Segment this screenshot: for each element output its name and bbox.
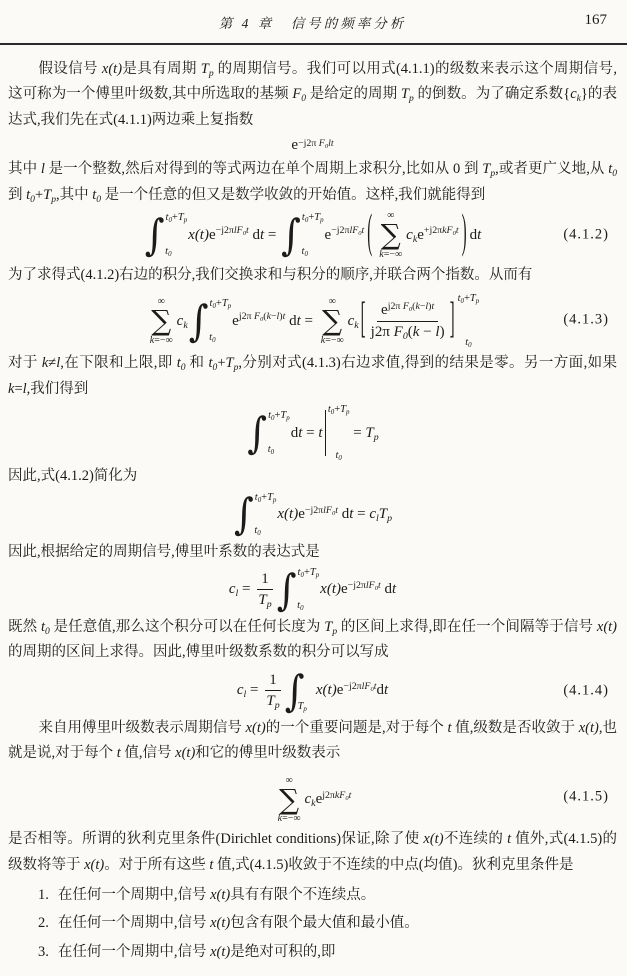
integral-upper-limit: t0+Tp	[166, 213, 188, 224]
integral-lower-limit: t0	[202, 333, 224, 344]
paragraph-6: 因此,根据给定的周期信号,傅里叶系数的表达式是	[8, 540, 617, 565]
integral-lower-limit: Tp	[298, 702, 307, 713]
integral-lower-limit: t0	[247, 526, 269, 537]
equation-4-1-2: ∫ t0+Tp t0 x(t)e−j2πlF0t dt = ∫ t0+Tp t0…	[8, 208, 617, 263]
list-item-number: 3.	[38, 938, 49, 967]
paragraph-4: 对于 k≠l,在下限和上限,即 t0 和 t0+Tp,分别对式(4.1.3)右边…	[8, 351, 617, 402]
equation-term: cl =	[237, 682, 262, 699]
equation-term: cke+j2πkF0t	[406, 227, 458, 244]
integral-sign-group: ∫ t0+Tp t0	[189, 299, 231, 343]
equation-term: = Tp	[349, 425, 378, 442]
bracket-upper-limit: t0+Tp	[458, 294, 480, 305]
right-bracket-icon: ]	[450, 297, 455, 346]
equation-body: cl = 1 Tp ∫ t0+Tp t0 x(t)e−j2πlF0t dt	[229, 568, 396, 612]
evaluation-bar	[325, 410, 326, 456]
paragraph-1: 假设信号 x(t)是具有周期 Tp 的周期信号。我们可以用式(4.1.1)的级数…	[8, 57, 617, 133]
summation-sign-group: ∞ ∑ k=−∞	[379, 211, 402, 260]
integral-sign-group: ∫ t0+Tp t0	[247, 411, 289, 455]
equation-body: ∫ t0+Tp t0 x(t)e−j2πlF0t dt = clTp	[233, 493, 392, 537]
equation-body: e−j2π F0lt	[291, 137, 333, 154]
fraction-denominator: Tp	[266, 691, 279, 711]
page-number: 167	[585, 12, 608, 29]
left-paren-icon: (	[367, 208, 372, 262]
fraction-numerator: ej2π F0(k−l)t	[377, 301, 438, 322]
summation-icon: ∑	[322, 307, 342, 336]
equation-term: x(t)e−j2πlF0t dt	[320, 581, 396, 598]
evaluation-lower-limit: t0	[328, 451, 350, 462]
list-item-number: 1.	[38, 881, 49, 910]
right-paren-icon: )	[462, 208, 467, 262]
fraction-numerator: 1	[265, 671, 281, 692]
fraction-denominator: j2π F0(k − l)	[371, 322, 445, 342]
equation-term: ck	[177, 313, 188, 330]
summation-icon: ∑	[151, 307, 171, 336]
summation-lower-limit: k=−∞	[321, 336, 344, 346]
integral-sign-group: ∫ t0+Tp t0	[145, 213, 187, 257]
page-header: 第 4 章 信号的频率分析 167	[8, 6, 617, 40]
integral-lower-limit: t0	[260, 445, 282, 456]
formula-integral-equals-Tp: ∫ t0+Tp t0 dt = t t0+Tp t0 = Tp	[8, 402, 617, 464]
equation-term: x(t)e−j2πlF0t dt = clTp	[277, 506, 392, 523]
integral-upper-limit: t0+Tp	[255, 493, 277, 504]
integral-upper-limit: t0+Tp	[298, 568, 320, 579]
equation-body: ∞ ∑ k=−∞ ck ∫ t0+Tp t0 ej2π F0(k−l)t dt …	[146, 294, 479, 348]
equation-term: ckej2πkF0t	[305, 791, 352, 808]
fraction-numerator: 1	[257, 570, 273, 591]
paragraph-9: 是否相等。所谓的狄利克里条件(Dirichlet conditions)保证,除…	[8, 827, 617, 878]
book-page: 第 4 章 信号的频率分析 167 假设信号 x(t)是具有周期 Tp 的周期信…	[0, 0, 627, 976]
integral-lower-limit: t0	[158, 247, 180, 258]
list-item-3: 3. 在任何一个周期中,信号 x(t)是绝对可积的,即	[38, 938, 617, 967]
formula-fourier-coefficient: cl = 1 Tp ∫ t0+Tp t0 x(t)e−j2πlF0t dt	[8, 565, 617, 615]
equation-term: e−j2πlF0t	[325, 227, 365, 244]
equation-body: cl = 1 Tp ∫ Tp x(t)e−j2πlF0tdt	[237, 669, 388, 713]
paragraph-2: 其中 l 是一个整数,然后对得到的等式两边在单个周期上求积分,比如从 0 到 T…	[8, 157, 617, 208]
header-rule	[0, 43, 627, 45]
list-item-text: 在任何一个周期中,信号 x(t)是绝对可积的,即	[58, 938, 336, 967]
equation-number: (4.1.4)	[563, 682, 609, 699]
paragraph-3: 为了求得式(4.1.2)右边的积分,我们交换求和与积分的顺序,并联合两个指数。从…	[8, 263, 617, 288]
summation-icon: ∑	[381, 221, 401, 250]
fraction: 1 Tp	[265, 671, 281, 712]
equation-body: ∫ t0+Tp t0 x(t)e−j2πlF0t dt = ∫ t0+Tp t0…	[144, 211, 482, 260]
equation-body: ∞ ∑ k=−∞ ckej2πkF0t	[274, 776, 352, 825]
summation-lower-limit: k=−∞	[278, 814, 301, 824]
summation-sign-group: ∞ ∑ k=−∞	[278, 776, 301, 825]
equation-term: cl =	[229, 581, 254, 598]
page-body: 假设信号 x(t)是具有周期 Tp 的周期信号。我们可以用式(4.1.1)的级数…	[8, 57, 617, 966]
integral-upper-limit: t0+Tp	[302, 213, 324, 224]
dirichlet-conditions-list: 1. 在任何一个周期中,信号 x(t)具有有限个不连续点。 2. 在任何一个周期…	[8, 881, 617, 967]
fraction: 1 Tp	[257, 570, 273, 611]
equation-term: x(t)e−j2πlF0t dt =	[188, 227, 280, 244]
equation-4-1-3: ∞ ∑ k=−∞ ck ∫ t0+Tp t0 ej2π F0(k−l)t dt …	[8, 288, 617, 351]
chapter-title: 第 4 章 信号的频率分析	[219, 16, 407, 31]
equation-body: ∫ t0+Tp t0 dt = t t0+Tp t0 = Tp	[246, 405, 378, 461]
fraction: ej2π F0(k−l)t j2π F0(k − l)	[371, 301, 445, 342]
integral-upper-limit: t0+Tp	[210, 299, 232, 310]
equation-term: ej2π F0(k−l)t dt =	[232, 313, 317, 330]
list-item-1: 1. 在任何一个周期中,信号 x(t)具有有限个不连续点。	[38, 881, 617, 910]
summation-sign-group: ∞ ∑ k=−∞	[150, 297, 173, 346]
paragraph-5: 因此,式(4.1.2)简化为	[8, 464, 617, 489]
equation-number: (4.1.2)	[563, 227, 609, 244]
equation-term: ck	[348, 313, 359, 330]
left-bracket-icon: [	[361, 297, 366, 346]
list-item-2: 2. 在任何一个周期中,信号 x(t)包含有限个最大值和最小值。	[38, 909, 617, 938]
equation-4-1-5: ∞ ∑ k=−∞ ckej2πkF0t (4.1.5)	[8, 767, 617, 828]
integral-lower-limit: t0	[294, 247, 316, 258]
bracket-lower-limit: t0	[458, 338, 480, 349]
integral-lower-limit: t0	[290, 601, 312, 612]
summation-lower-limit: k=−∞	[150, 336, 173, 346]
paragraph-7: 既然 t0 是任意值,那么这个积分可以在任何长度为 Tp 的区间上求得,即在任一…	[8, 615, 617, 666]
list-item-text: 在任何一个周期中,信号 x(t)包含有限个最大值和最小值。	[58, 909, 419, 938]
evaluation-bar-group: t0+Tp t0	[323, 405, 350, 461]
list-item-text: 在任何一个周期中,信号 x(t)具有有限个不连续点。	[58, 881, 375, 910]
equation-number: (4.1.5)	[563, 788, 609, 805]
formula-cl-Tp: ∫ t0+Tp t0 x(t)e−j2πlF0t dt = clTp	[8, 490, 617, 540]
integral-sign-group: ∫ t0+Tp t0	[277, 568, 319, 612]
equation-4-1-4: cl = 1 Tp ∫ Tp x(t)e−j2πlF0tdt (4.1.4)	[8, 666, 617, 716]
summation-sign-group: ∞ ∑ k=−∞	[321, 297, 344, 346]
list-item-number: 2.	[38, 909, 49, 938]
evaluation-upper-limit: t0+Tp	[328, 405, 350, 416]
integral-sign-group: ∫ t0+Tp t0	[234, 493, 276, 537]
equation-term: dt	[470, 227, 482, 244]
integral-sign-group: ∫ t0+Tp t0	[281, 213, 323, 257]
fraction-denominator: Tp	[258, 590, 271, 610]
equation-number: (4.1.3)	[563, 311, 609, 328]
integral-sign-group: ∫ Tp	[285, 669, 315, 713]
paragraph-8: 来自用傅里叶级数表示周期信号 x(t)的一个重要问题是,对于每个 t 值,级数是…	[8, 716, 617, 767]
summation-lower-limit: k=−∞	[379, 250, 402, 260]
integral-upper-limit: t0+Tp	[268, 411, 290, 422]
summation-icon: ∑	[279, 786, 299, 815]
formula-complex-exponential: e−j2π F0lt	[8, 133, 617, 157]
equation-term: dt = t	[291, 425, 323, 442]
equation-term: x(t)e−j2πlF0tdt	[316, 682, 388, 699]
